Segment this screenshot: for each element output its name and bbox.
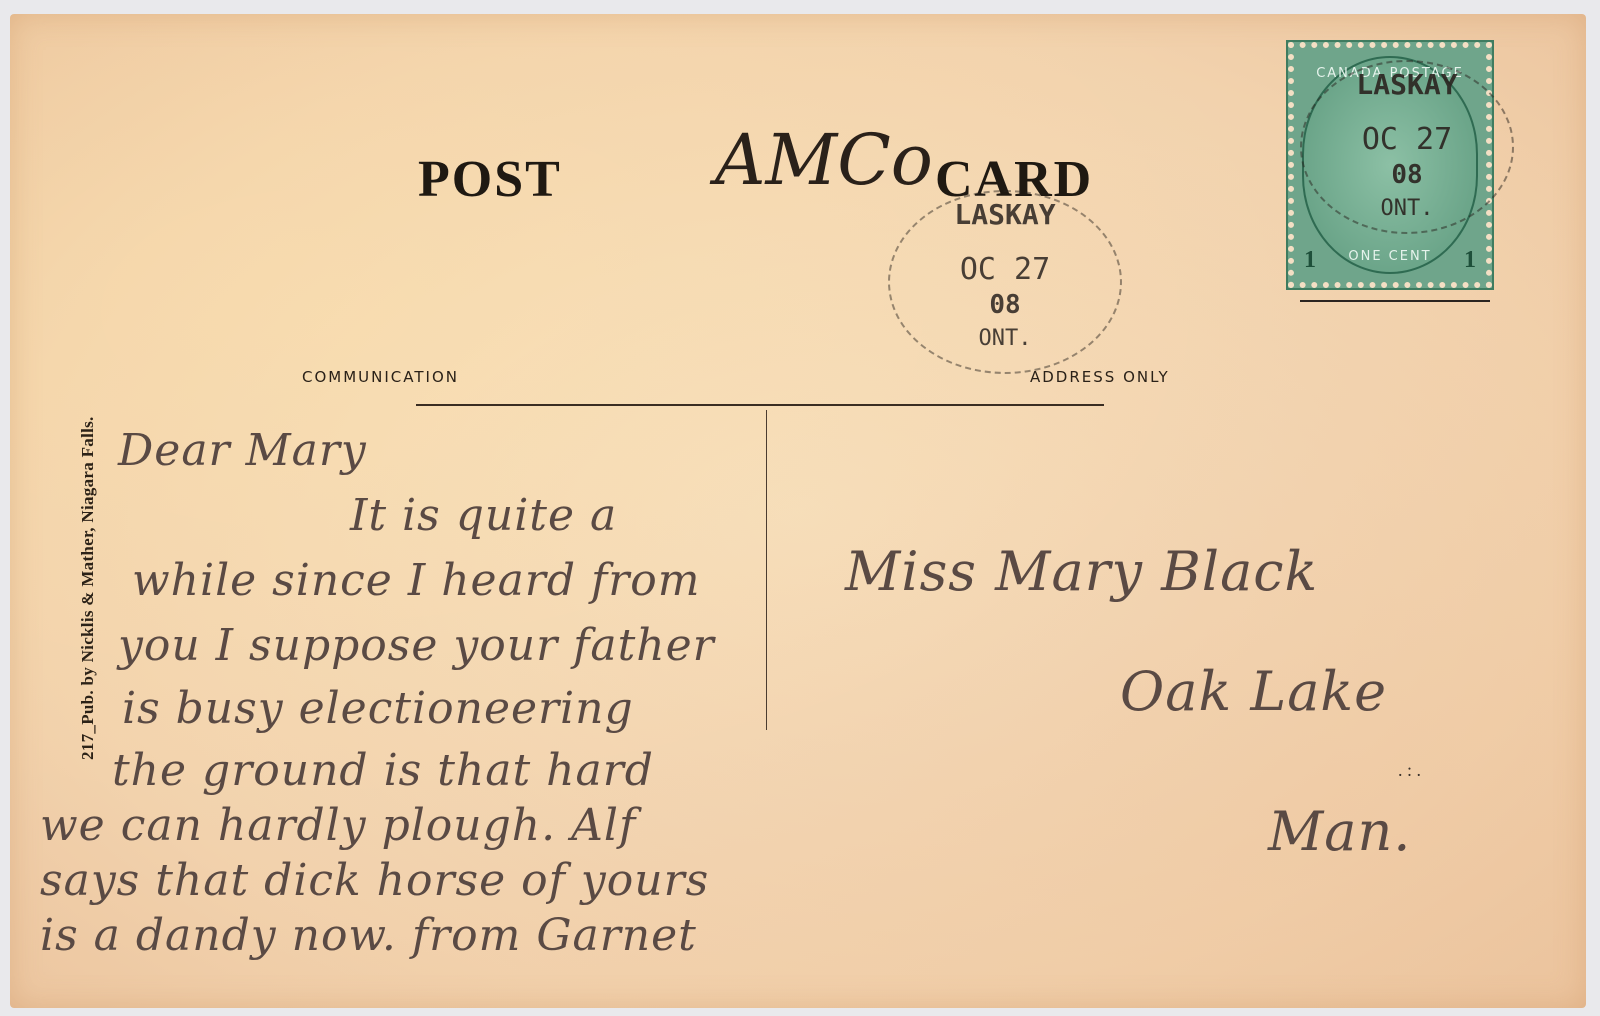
postmark-year: 08: [1302, 160, 1512, 190]
cancel-bar: [1300, 300, 1490, 302]
communication-label: COMMUNICATION: [302, 368, 459, 386]
postmark-town: LASKAY: [1302, 68, 1512, 101]
divider-horizontal: [416, 404, 1104, 406]
postmark-province: ONT.: [890, 326, 1120, 351]
message-line: Dear Mary: [118, 425, 367, 476]
recipient-name: Miss Mary Black: [845, 540, 1318, 603]
postmark-province: ONT.: [1302, 196, 1512, 221]
message-line: the ground is that hard: [112, 745, 654, 796]
message-line: is busy electioneering: [122, 683, 634, 734]
stamp-denomination-right: 1: [1464, 247, 1476, 274]
postmark-date: OC 27: [890, 252, 1120, 287]
postmark-town: LASKAY: [890, 198, 1120, 231]
message-line: says that dick horse of yours: [40, 855, 709, 906]
stamp-denomination-left: 1: [1304, 247, 1316, 274]
heading-post: POST: [418, 150, 562, 209]
postmark-on-card: LASKAY OC 27 08 ONT.: [888, 190, 1122, 374]
message-line: is a dandy now. from Garnet: [40, 910, 697, 961]
message-line: while since I heard from: [132, 555, 701, 606]
postmark-year: 08: [890, 290, 1120, 320]
stamp-value: ONE CENT: [1294, 249, 1486, 264]
message-line: we can hardly plough. Alf: [40, 800, 636, 851]
publisher-imprint: 217_Pub. by Nicklis & Mather, Niagara Fa…: [78, 416, 98, 760]
message-line: you I suppose your father: [118, 620, 715, 671]
recipient-province: Man.: [1268, 800, 1411, 863]
divider-vertical: [766, 410, 767, 730]
monogram-logo-icon: AMCo: [715, 90, 845, 240]
recipient-town: Oak Lake: [1120, 660, 1387, 723]
message-line: It is quite a: [350, 490, 617, 541]
address-only-label: ADDRESS ONLY: [1030, 368, 1170, 386]
ink-specks: . : .: [1398, 760, 1421, 781]
postmark-on-stamp: LASKAY OC 27 08 ONT.: [1300, 60, 1514, 234]
postmark-date: OC 27: [1302, 122, 1512, 157]
